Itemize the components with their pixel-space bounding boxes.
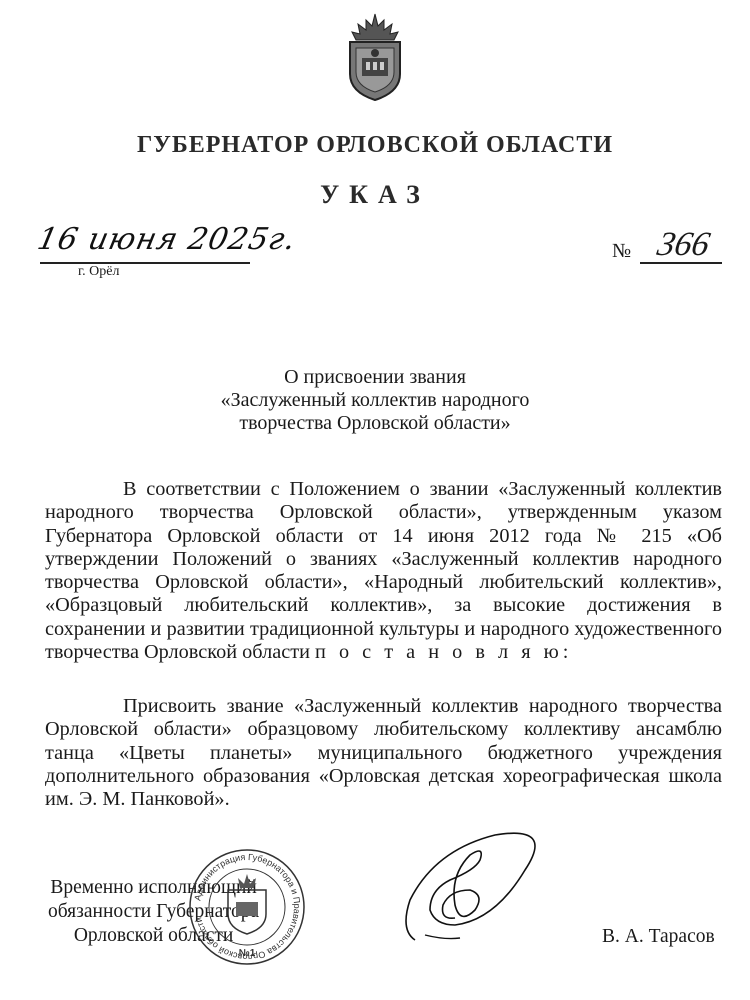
preamble-text: В соответствии с Положением о звании «За… — [45, 478, 722, 663]
issuing-authority-title: ГУБЕРНАТОР ОРЛОВСКОЙ ОБЛАСТИ — [0, 132, 750, 159]
operative-text: Присвоить звание «Заслуженный коллектив … — [45, 695, 722, 810]
date-underline — [40, 262, 250, 264]
subject-line-2: «Заслуженный коллектив народного — [0, 389, 750, 412]
signatory-name: В. А. Тарасов — [602, 926, 715, 948]
handwritten-decree-number: 366 — [654, 226, 713, 264]
number-underline — [640, 262, 722, 264]
preamble-paragraph: В соответствии с Положением о звании «За… — [45, 478, 722, 664]
decree-subject: О присвоении звания «Заслуженный коллект… — [0, 366, 750, 435]
coat-of-arms-icon — [340, 12, 410, 102]
number-sign: № — [612, 240, 631, 263]
operative-paragraph: Присвоить звание «Заслуженный коллектив … — [45, 695, 722, 811]
handwritten-signature-icon — [395, 830, 585, 950]
city-label: г. Орёл — [78, 264, 119, 280]
subject-line-1: О присвоении звания — [0, 366, 750, 389]
official-stamp-icon: Администрация Губернатора и Правительств… — [188, 848, 306, 966]
handwritten-date: 16 июня 2025г. — [34, 222, 299, 257]
subject-line-3: творчества Орловской области» — [0, 412, 750, 435]
svg-text:№1: №1 — [239, 948, 256, 959]
document-type-title: УКАЗ — [0, 180, 750, 210]
decree-word: п о с т а н о в л я ю: — [315, 641, 572, 663]
